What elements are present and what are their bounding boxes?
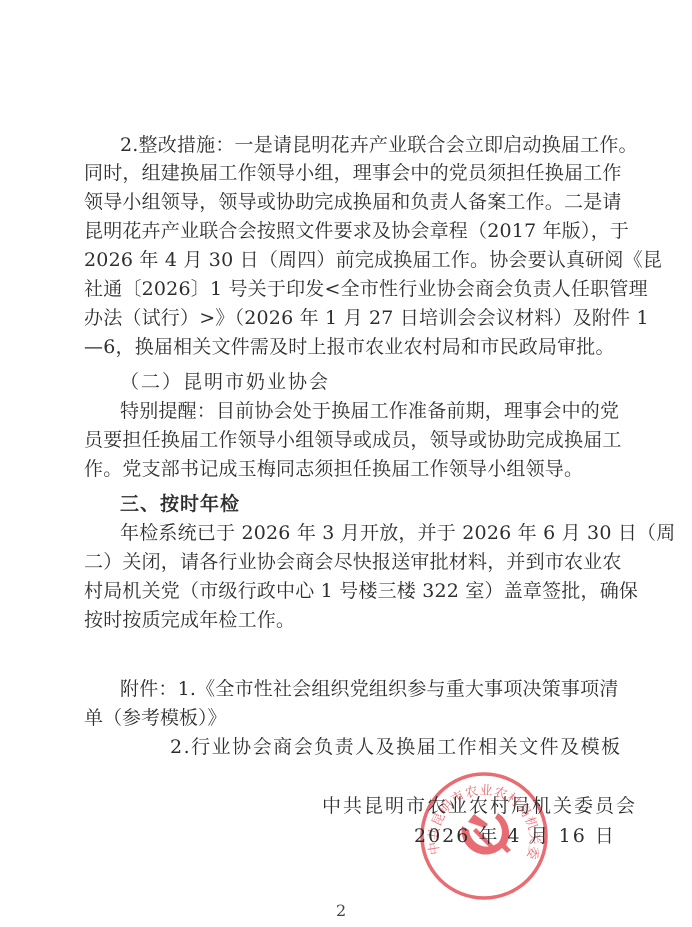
section-heading-dairy-association: （二）昆明市奶业协会 (120, 371, 330, 393)
text-line: 二）关闭，请各行业协会商会尽快报送审批材料，并到市农业农 (84, 551, 606, 573)
page-number: 2 (336, 900, 346, 922)
section-heading-annual-inspection: 三、按时年检 (120, 493, 240, 515)
text-line: 同时，组建换届工作领导小组，理事会中的党员须担任换届工作 (84, 162, 606, 184)
text-line: —6，换届相关文件需及时上报市农业农村局和市民政局审批。 (84, 336, 606, 358)
text-line: 作。党支部书记成玉梅同志须担任换届工作领导小组领导。 (84, 458, 606, 480)
text-line: 社通〔2026〕1 号关于印发<全市性行业协会商会负责人任职管理 (84, 278, 606, 300)
signature-organization: 中共昆明市农业农村局机关委员会 (322, 795, 637, 817)
text-line: 2.整改措施：一是请昆明花卉产业联合会立即启动换届工作。 (120, 134, 606, 156)
text-line: 昆明花卉产业联合会按照文件要求及协会章程（2017 年版），于 (84, 220, 606, 242)
text-line: 2026 年 4 月 30 日（周四）前完成换届工作。协会要认真研阅《昆 (84, 249, 606, 271)
text-line: 办法（试行）>》（2026 年 1 月 27 日培训会会议材料）及附件 1 (84, 307, 606, 329)
text-line: 村局机关党（市级行政中心 1 号楼三楼 322 室）盖章签批，确保 (84, 580, 606, 602)
signature-date: 2026 年 4 月 16 日 (414, 825, 616, 847)
attachment-item-1: 附件：1.《全市性社会组织党组织参与重大事项决策事项清 (120, 678, 606, 700)
text-line: 领导小组领导，领导或协助完成换届和负责人备案工作。二是请 (84, 191, 606, 213)
text-line: 特别提醒：目前协会处于换届工作准备前期，理事会中的党 (120, 400, 606, 422)
text-line: 年检系统已于 2026 年 3 月开放，并于 2026 年 6 月 30 日（周 (120, 522, 606, 544)
text-line: 按时按质完成年检工作。 (84, 609, 606, 631)
attachment-item-1-continued: 单（参考模板）》 (84, 707, 227, 729)
text-line: 员要担任换届工作领导小组领导或成员，领导或协助完成换届工 (84, 429, 606, 451)
attachment-item-2: 2.行业协会商会负责人及换届工作相关文件及模板 (170, 736, 622, 758)
